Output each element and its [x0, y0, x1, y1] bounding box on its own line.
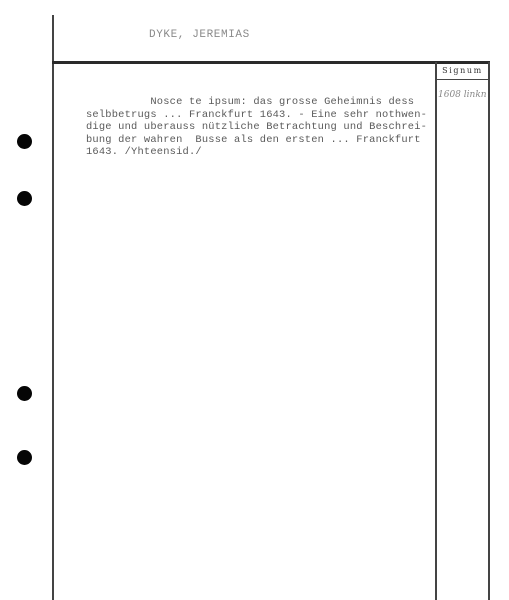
name-heading: DYKE, JEREMIAS [149, 29, 250, 41]
entry-line: Nosce te ipsum: das grosse Geheimnis des… [86, 96, 432, 109]
bibliographic-entry: Nosce te ipsum: das grosse Geheimnis des… [86, 96, 432, 159]
signum-column-right-rule [488, 62, 490, 600]
signum-header-rule [435, 79, 490, 80]
signum-header: Signum [436, 63, 489, 79]
signum-value: 1608 linkn [438, 90, 488, 100]
entry-line: 1643. /Yhteensid./ [86, 146, 432, 159]
catalog-card: DYKE, JEREMIAS Signum 1608 linkn Nosce t… [0, 0, 509, 600]
punch-hole-2 [17, 191, 32, 206]
entry-line: dige und uberauss nützliche Betrachtung … [86, 121, 432, 134]
punch-hole-3 [17, 386, 32, 401]
header-rule [52, 61, 490, 64]
left-margin-rule [52, 15, 54, 600]
entry-line: selbbetrugs ... Franckfurt 1643. - Eine … [86, 109, 432, 122]
signum-column-left-rule [435, 62, 437, 600]
punch-hole-4 [17, 450, 32, 465]
entry-line: bung der wahren Busse als den ersten ...… [86, 134, 432, 147]
punch-hole-1 [17, 134, 32, 149]
